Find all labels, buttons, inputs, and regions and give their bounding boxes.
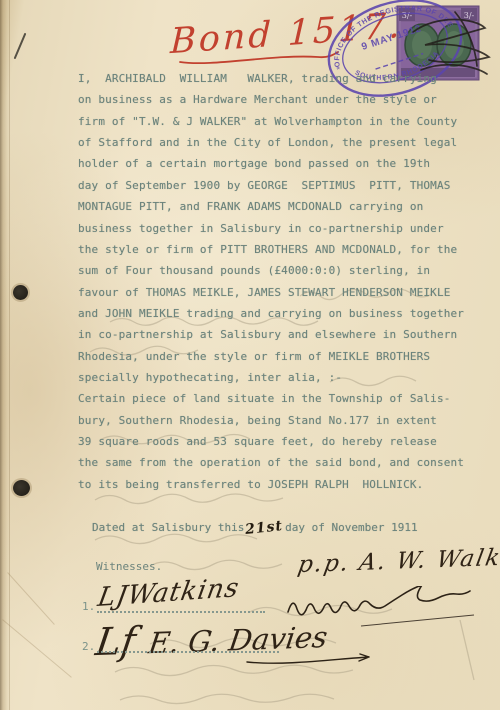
dated-prefix: Dated at Salisbury this xyxy=(92,521,244,534)
dated-suffix: day of November 1911 xyxy=(285,521,417,534)
typed-line: Rhodesia, under the style or firm of MEI… xyxy=(78,350,473,363)
typed-line: and JOHN MEIKLE trading and carrying on … xyxy=(78,307,473,320)
witness-1-number: 1. xyxy=(82,600,95,613)
paper-crease xyxy=(2,619,72,678)
typed-line: holder of a certain mortgage bond passed… xyxy=(78,157,473,170)
typed-line: Certain piece of land situate in the Tow… xyxy=(78,392,473,405)
punch-hole-top xyxy=(13,285,28,300)
stamp-value-right: 3/- xyxy=(464,11,475,20)
stamp-group: 3/- 3/- OFFICE OF THE REGISTRAR OF DEEDS… xyxy=(325,0,500,102)
witness-2-number: 2. xyxy=(82,640,95,653)
pen-check-mark xyxy=(14,33,27,60)
red-underline-flourish xyxy=(178,50,343,68)
typed-line: 39 square roods and 53 square feet, do h… xyxy=(78,435,473,448)
witness-line-1: 1. xyxy=(82,600,265,613)
typed-line: in co-partnership at Salisbury and elsew… xyxy=(78,328,473,341)
typed-line: on business as a Hardware Merchant under… xyxy=(78,93,473,106)
typed-line: firm of "T.W. & J WALKER" at Wolverhampt… xyxy=(78,115,473,128)
typed-line: to its being transferred to JOSEPH RALPH… xyxy=(78,478,473,491)
typed-line: the style or firm of PITT BROTHERS AND M… xyxy=(78,243,473,256)
typed-line: I, ARCHIBALD WILLIAM WALKER, trading and… xyxy=(78,72,473,85)
paper-crease xyxy=(7,572,55,625)
typed-line: bury, Southern Rhodesia, being Stand No.… xyxy=(78,414,473,427)
typed-line: sum of Four thousand pounds (£4000:0:0) … xyxy=(78,264,473,277)
typed-line: of Stafford and in the City of London, t… xyxy=(78,136,473,149)
paper-edge-line xyxy=(9,0,10,710)
handwritten-day: 21st xyxy=(245,518,284,538)
scanned-deed-page: Bond 1517. 3/- 3/- xyxy=(0,0,500,710)
dotted-line xyxy=(97,601,265,613)
typed-line: the same from the operation of the said … xyxy=(78,456,473,469)
punch-hole-bottom xyxy=(13,480,30,496)
dated-line: Dated at Salisbury this21stday of Novemb… xyxy=(92,519,418,535)
typed-line: specially hypothecating, inter alia, :- xyxy=(78,371,473,384)
signature-underline-arrow xyxy=(245,652,380,668)
typed-line: business together in Salisbury in co-par… xyxy=(78,222,473,235)
witnesses-label: Witnesses. xyxy=(96,560,162,573)
typed-line: favour of THOMAS MEIKLE, JAMES STEWART H… xyxy=(78,286,473,299)
typed-line: MONTAGUE PITT, and FRANK ADAMS MCDONALD … xyxy=(78,200,473,213)
typed-line: day of September 1900 by GEORGE SEPTIMUS… xyxy=(78,179,473,192)
signature-pp-walker: p.p. A. W. Walker xyxy=(296,544,500,578)
